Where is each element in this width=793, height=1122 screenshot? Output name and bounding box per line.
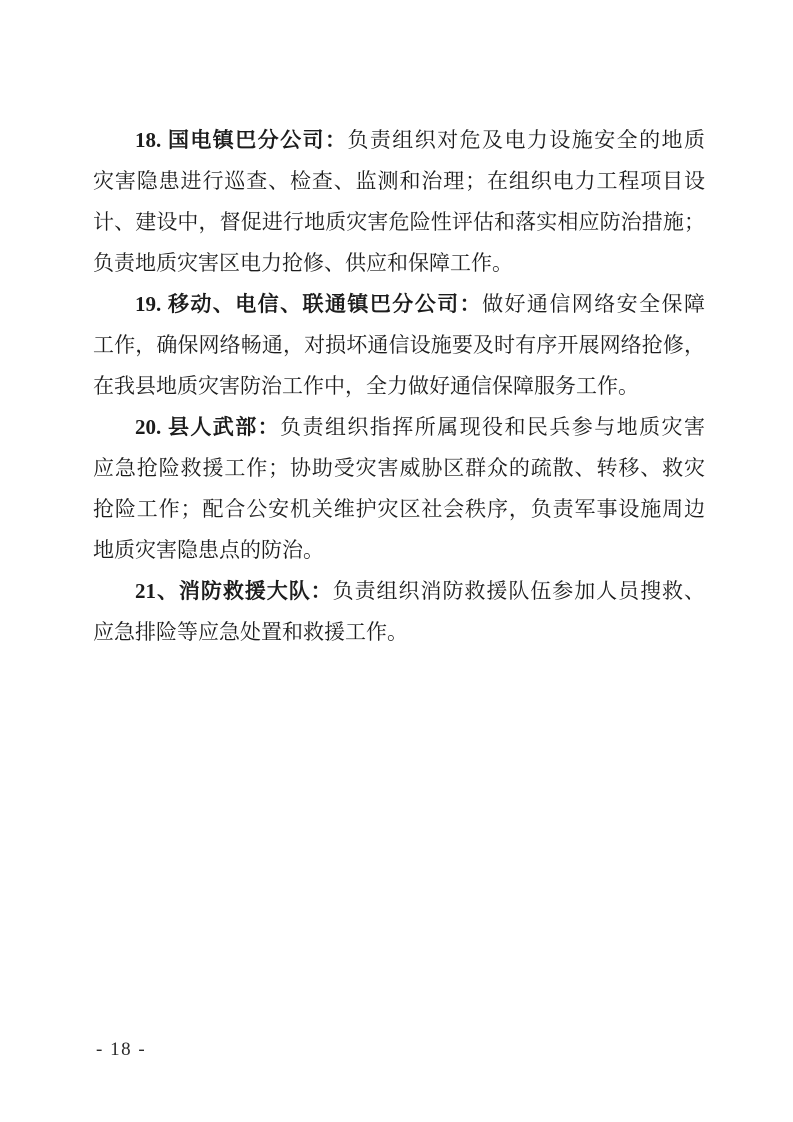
document-body: 18. 国电镇巴分公司：负责组织对危及电力设施安全的地质 灾害隐患进行巡查、检查…	[93, 120, 705, 653]
paragraph-18: 18. 国电镇巴分公司：负责组织对危及电力设施安全的地质 灾害隐患进行巡查、检查…	[93, 120, 705, 284]
text-line: 计、建设中，督促进行地质灾害危险性评估和落实相应防治措施；	[93, 202, 705, 243]
text-line: 20. 县人武部：负责组织指挥所属现役和民兵参与地质灾害	[93, 407, 705, 448]
text-line: 灾害隐患进行巡查、检查、监测和治理；在组织电力工程项目设	[93, 161, 705, 202]
paragraph-heading: 21、消防救援大队：	[135, 579, 333, 603]
text-line: 应急抢险救援工作；协助受灾害威胁区群众的疏散、转移、救灾	[93, 448, 705, 489]
page-number: - 18 -	[96, 1036, 146, 1064]
paragraph-heading: 20. 县人武部：	[135, 415, 280, 439]
text-line: 抢险工作；配合公安机关维护灾区社会秩序，负责军事设施周边	[93, 489, 705, 530]
paragraph-19: 19. 移动、电信、联通镇巴分公司：做好通信网络安全保障 工作，确保网络畅通，对…	[93, 284, 705, 407]
paragraph-text: 负责组织消防救援队伍参加人员搜救、	[333, 579, 705, 603]
text-line: 负责地质灾害区电力抢修、供应和保障工作。	[93, 243, 705, 284]
text-line: 19. 移动、电信、联通镇巴分公司：做好通信网络安全保障	[93, 284, 705, 325]
text-line: 21、消防救援大队：负责组织消防救援队伍参加人员搜救、	[93, 571, 705, 612]
text-line: 在我县地质灾害防治工作中，全力做好通信保障服务工作。	[93, 366, 705, 407]
text-line: 18. 国电镇巴分公司：负责组织对危及电力设施安全的地质	[93, 120, 705, 161]
text-line: 地质灾害隐患点的防治。	[93, 530, 705, 571]
paragraph-20: 20. 县人武部：负责组织指挥所属现役和民兵参与地质灾害 应急抢险救援工作；协助…	[93, 407, 705, 571]
text-line: 工作，确保网络畅通，对损坏通信设施要及时有序开展网络抢修，	[93, 325, 705, 366]
paragraph-21: 21、消防救援大队：负责组织消防救援队伍参加人员搜救、 应急排险等应急处置和救援…	[93, 571, 705, 653]
text-line: 应急排险等应急处置和救援工作。	[93, 612, 705, 653]
paragraph-heading: 19. 移动、电信、联通镇巴分公司：	[135, 292, 482, 316]
paragraph-text: 做好通信网络安全保障	[482, 292, 705, 316]
paragraph-text: 负责组织指挥所属现役和民兵参与地质灾害	[280, 415, 705, 439]
paragraph-text: 负责组织对危及电力设施安全的地质	[347, 128, 705, 152]
document-page: 18. 国电镇巴分公司：负责组织对危及电力设施安全的地质 灾害隐患进行巡查、检查…	[0, 0, 793, 1122]
paragraph-heading: 18. 国电镇巴分公司：	[135, 128, 347, 152]
